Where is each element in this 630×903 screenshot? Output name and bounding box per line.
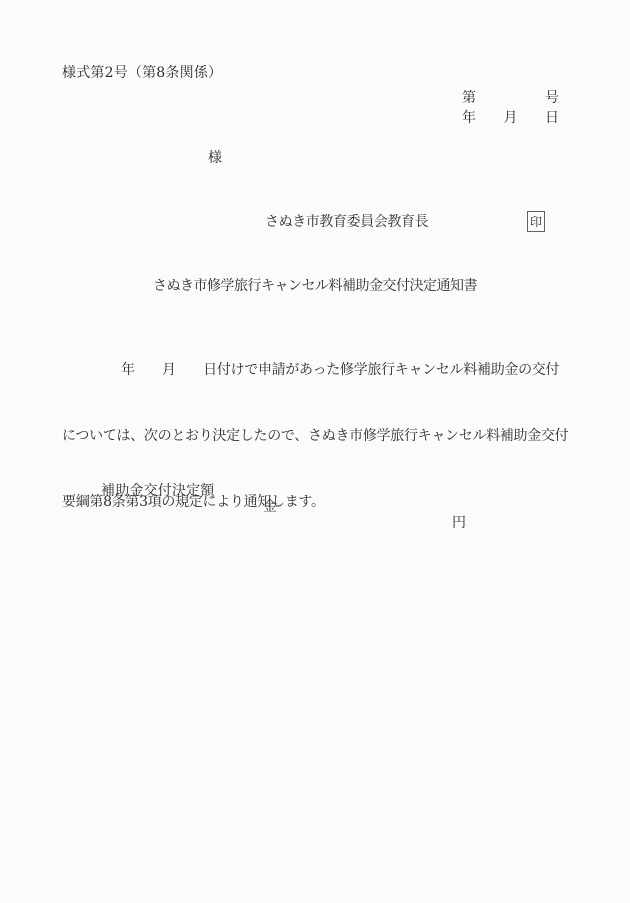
date-day-label: 日 <box>545 107 559 127</box>
document-title: さぬき市修学旅行キャンセル料補助金交付決定通知書 <box>0 275 630 295</box>
form-number-label: 様式第2号（第8条関係） <box>62 62 222 82</box>
body-line: については、次のとおり決定したので、さぬき市修学旅行キャンセル料補助金交付 <box>62 425 574 447</box>
body-paragraph: 年 月 日付けで申請があった修学旅行キャンセル料補助金の交付 については、次のと… <box>62 315 574 557</box>
seal-stamp: 印 <box>527 211 545 232</box>
body-line: 年 月 日付けで申請があった修学旅行キャンセル料補助金の交付 <box>62 359 574 381</box>
sender-name: さぬき市教育委員会教育長 <box>265 211 428 231</box>
date-month-label: 月 <box>504 107 518 127</box>
amount-currency-prefix-label: 金 <box>263 496 277 516</box>
document-page: 様式第2号（第8条関係） 第 号 年 月 日 様 さぬき市教育委員会教育長 印 … <box>0 0 630 903</box>
addressee-honorific-label: 様 <box>208 147 222 167</box>
doc-number-prefix-label: 第 <box>462 87 476 107</box>
date-year-label: 年 <box>462 107 476 127</box>
doc-number-line: 第 号 <box>462 87 559 107</box>
subsidy-amount-label: 補助金交付決定額 <box>101 480 215 500</box>
doc-number-suffix-label: 号 <box>545 87 559 107</box>
amount-currency-suffix-label: 円 <box>452 512 466 532</box>
amount-line: 補助金交付決定額 金 円 <box>0 464 630 486</box>
date-line: 年 月 日 <box>462 107 559 127</box>
